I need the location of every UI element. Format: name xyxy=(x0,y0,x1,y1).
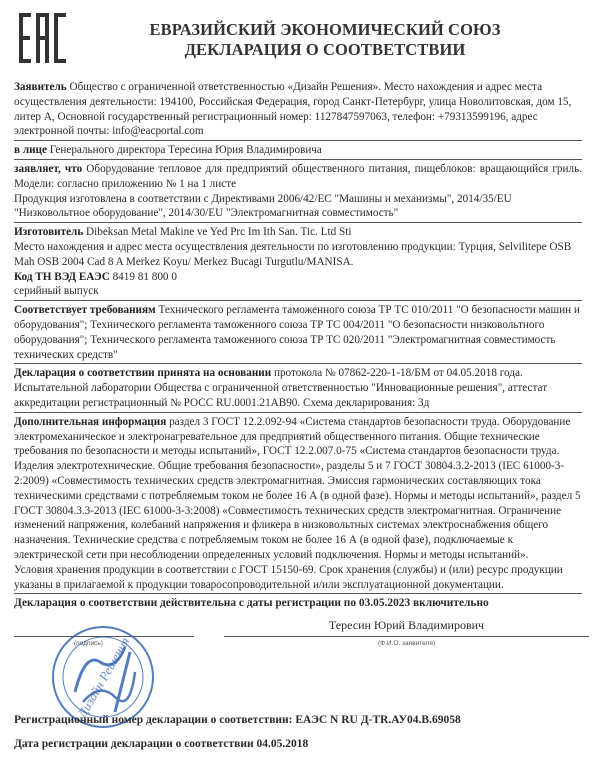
conformity-section: Соответствует требованиям Технического р… xyxy=(14,303,582,364)
declares-section: заявляет, что Оборудование тепловое для … xyxy=(14,162,582,223)
declares-text: Оборудование тепловое для предприятий об… xyxy=(14,163,582,190)
registration-date-label: Дата регистрации декларации о соответств… xyxy=(14,738,257,750)
registration-number: Регистрационный номер декларации о соотв… xyxy=(14,713,461,727)
applicant-label: Заявитель xyxy=(14,81,67,93)
additional-section: Дополнительная информация раздел 3 ГОСТ … xyxy=(14,415,582,595)
registration-date: Дата регистрации декларации о соответств… xyxy=(14,737,308,751)
title-declaration: ДЕКЛАРАЦИЯ О СООТВЕТСТВИИ xyxy=(110,40,540,60)
validity-text: Декларация о соответствии действительна … xyxy=(14,596,582,611)
production-type: серийный выпуск xyxy=(14,284,582,299)
hs-code-value: 8419 81 800 0 xyxy=(110,271,177,283)
declaration-body: Заявитель Общество с ограниченной ответс… xyxy=(14,80,582,654)
document-title: ЕВРАЗИЙСКИЙ ЭКОНОМИЧЕСКИЙ СОЮЗ ДЕКЛАРАЦИ… xyxy=(110,20,540,60)
name-caption: (Ф.И.О. заявителя) xyxy=(224,637,589,652)
applicant-text: Общество с ограниченной ответственностью… xyxy=(14,81,571,137)
eac-logo xyxy=(19,13,67,63)
validity-section: Декларация о соответствии действительна … xyxy=(14,596,582,612)
conformity-label: Соответствует требованиям xyxy=(14,304,156,316)
hs-code-label: Код ТН ВЭД ЕАЭС xyxy=(14,271,110,283)
declares-label: заявляет, что xyxy=(14,163,82,175)
directives-text: Продукция изготовлена в соответствии с Д… xyxy=(14,192,582,222)
represented-text: Генерального директора Тересина Юрия Вла… xyxy=(47,144,322,156)
applicant-section: Заявитель Общество с ограниченной ответс… xyxy=(14,80,582,141)
title-union: ЕВРАЗИЙСКИЙ ЭКОНОМИЧЕСКИЙ СОЮЗ xyxy=(110,20,540,40)
represented-label: в лице xyxy=(14,144,47,156)
manufacturer-name: Dibeksan Metal Makine ve Yed Prc Im Ith … xyxy=(83,226,351,238)
registration-number-value: ЕАЭС N RU Д-TR.АУ04.В.69058 xyxy=(295,714,460,726)
basis-section: Декларация о соответствии принята на осн… xyxy=(14,366,582,412)
additional-label: Дополнительная информация xyxy=(14,416,166,428)
registration-number-label: Регистрационный номер декларации о соотв… xyxy=(14,714,295,726)
additional-text: раздел 3 ГОСТ 12.2.092-94 «Система станд… xyxy=(14,416,581,561)
registration-date-value: 04.05.2018 xyxy=(257,738,309,750)
basis-label: Декларация о соответствии принята на осн… xyxy=(14,367,271,379)
manufacturer-section: Изготовитель Dibeksan Metal Makine ve Ye… xyxy=(14,225,582,301)
storage-text: Условия хранения продукции в соответстви… xyxy=(14,563,582,593)
represented-section: в лице Генерального директора Тересина Ю… xyxy=(14,143,582,160)
manufacturer-label: Изготовитель xyxy=(14,226,83,238)
manufacturer-address: Место нахождения и адрес места осуществл… xyxy=(14,240,582,270)
signatory-name: Тересин Юрий Владимирович xyxy=(224,618,589,633)
